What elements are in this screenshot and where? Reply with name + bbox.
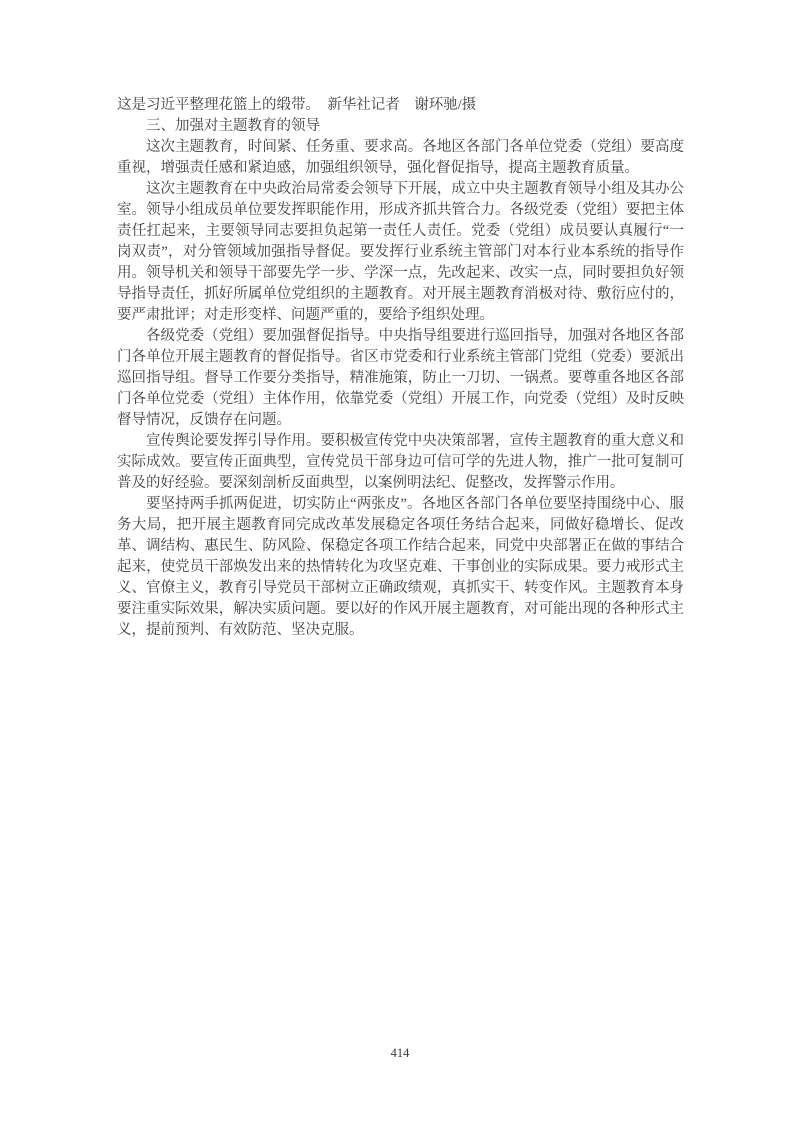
page-number: 414 — [0, 1045, 800, 1061]
document-body: 这是习近平整理花篮上的缎带。 新华社记者 谢环驰/摄 三、加强对主题教育的领导 … — [117, 95, 684, 641]
paragraph-3: 各级党委（党组）要加强督促指导。中央指导组要进行巡回指导，加强对各地区各部门各单… — [117, 326, 684, 431]
paragraph-4: 宣传舆论要发挥引导作用。要积极宣传党中央决策部署，宣传主题教育的重大意义和实际成… — [117, 431, 684, 494]
photo-caption: 这是习近平整理花篮上的缎带。 新华社记者 谢环驰/摄 — [117, 95, 684, 116]
paragraph-2: 这次主题教育在中央政治局常委会领导下开展，成立中央主题教育领导小组及其办公室。领… — [117, 179, 684, 326]
paragraph-5: 要坚持两手抓两促进，切实防止“两张皮”。各地区各部门各单位要坚持围绕中心、服务大… — [117, 494, 684, 641]
section-heading: 三、加强对主题教育的领导 — [117, 116, 684, 137]
paragraph-1: 这次主题教育，时间紧、任务重、要求高。各地区各部门各单位党委（党组）要高度重视，… — [117, 137, 684, 179]
document-page: 这是习近平整理花篮上的缎带。 新华社记者 谢环驰/摄 三、加强对主题教育的领导 … — [0, 0, 800, 1133]
